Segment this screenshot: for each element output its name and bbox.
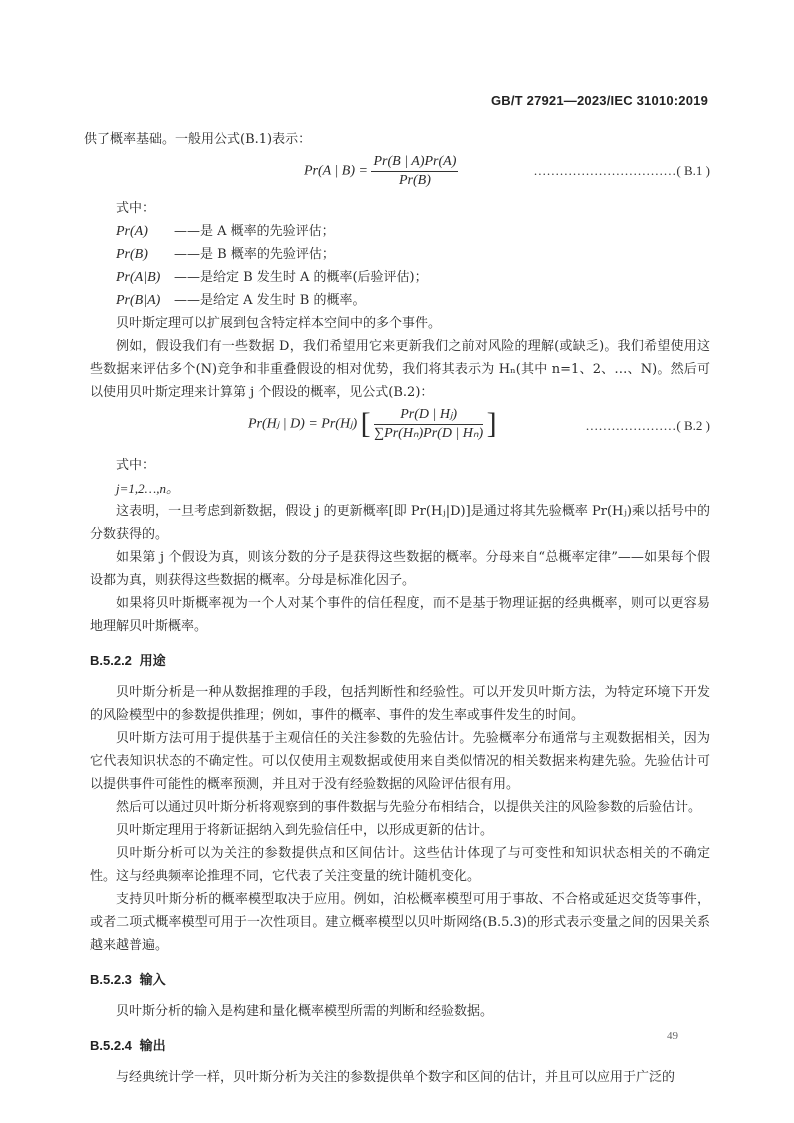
definition-desc: ——是给定 B 发生时 A 的概率(后验评估)； bbox=[174, 266, 428, 289]
definition-desc: ——是 A 概率的先验评估； bbox=[174, 220, 335, 243]
definition-desc: ——是 B 概率的先验评估； bbox=[174, 243, 335, 266]
section-number: B.5.2.3 bbox=[90, 972, 136, 987]
definition-term: Pr(B) bbox=[116, 243, 174, 266]
formula-b1-lhs: Pr(A | B) = bbox=[304, 164, 368, 179]
section-title: 输出 bbox=[140, 1038, 166, 1053]
paragraph: 贝叶斯分析是一种从数据推理的手段，包括判断性和经验性。可以开发贝叶斯方法，为特定… bbox=[90, 681, 710, 727]
definition-row: Pr(A|B) ——是给定 B 发生时 A 的概率(后验评估)； bbox=[90, 266, 710, 289]
formula-b2-fraction: Pr(D | Hⱼ) ∑Pr(Hₙ)Pr(D | Hₙ) bbox=[374, 406, 483, 443]
section-title: 输入 bbox=[140, 972, 166, 987]
definition-row: Pr(B|A) ——是给定 A 发生时 B 的概率。 bbox=[90, 289, 710, 312]
definition-term: Pr(A) bbox=[116, 220, 174, 243]
formula-b2-denominator: ∑Pr(Hₙ)Pr(D | Hₙ) bbox=[374, 425, 483, 443]
right-bracket: ] bbox=[487, 407, 497, 440]
definition-term: Pr(A|B) bbox=[116, 266, 174, 289]
page-number: 49 bbox=[667, 1030, 678, 1042]
section-heading-b523: B.5.2.3 输入 bbox=[90, 969, 710, 988]
paragraph: 贝叶斯分析可以为关注的参数提供点和区间估计。这些估计体现了与可变性和知识状态相关… bbox=[90, 842, 710, 888]
definition-row: Pr(B) ——是 B 概率的先验评估； bbox=[90, 243, 710, 266]
paragraph: 贝叶斯定理可以扩展到包含特定样本空间中的多个事件。 bbox=[90, 312, 710, 335]
paragraph: 支持贝叶斯分析的概率模型取决于应用。例如，泊松概率模型可用于事故、不合格或延迟交… bbox=[90, 888, 710, 957]
left-bracket: [ bbox=[361, 407, 371, 440]
definition-term: Pr(B|A) bbox=[116, 289, 174, 312]
section-heading-b522: B.5.2.2 用途 bbox=[90, 650, 710, 669]
formula-b1: Pr(A | B) = Pr(B | A)Pr(A) Pr(B) …………………… bbox=[90, 151, 710, 197]
formula-b1-denominator: Pr(B) bbox=[371, 172, 458, 190]
formula-b2-numerator: Pr(D | Hⱼ) bbox=[374, 406, 483, 425]
page-body: 供了概率基础。一般用公式(B.1)表示： Pr(A | B) = Pr(B | … bbox=[90, 128, 710, 1089]
paragraph: 与经典统计学一样，贝叶斯分析为关注的参数提供单个数字和区间的估计，并且可以应用于… bbox=[90, 1066, 710, 1089]
formula-b1-label: ……………………………( B.1 ) bbox=[533, 163, 710, 179]
where-label-2: 式中： bbox=[90, 454, 710, 477]
paragraph: 如果第 j 个假设为真，则该分数的分子是获得这些数据的概率。分母来自“总概率定律… bbox=[90, 546, 710, 592]
formula-b2: Pr(Hⱼ | D) = Pr(Hⱼ) [ Pr(D | Hⱼ) ∑Pr(Hₙ)… bbox=[90, 404, 710, 454]
formula-b1-numerator: Pr(B | A)Pr(A) bbox=[371, 153, 458, 172]
paragraph: 然后可以通过贝叶斯分析将观察到的事件数据与先验分布相结合，以提供关注的风险参数的… bbox=[90, 796, 710, 819]
paragraph: 这表明，一旦考虑到新数据，假设 j 的更新概率[即 Pr(Hⱼ|D)]是通过将其… bbox=[90, 500, 710, 546]
where-label-1: 式中： bbox=[90, 197, 710, 220]
formula-b2-label: …………………( B.2 ) bbox=[585, 418, 710, 434]
section-number: B.5.2.2 bbox=[90, 653, 136, 668]
section-heading-b524: B.5.2.4 输出 bbox=[90, 1035, 710, 1054]
paragraph: 贝叶斯分析的输入是构建和量化概率模型所需的判断和经验数据。 bbox=[90, 1000, 710, 1023]
paragraph: 如果将贝叶斯概率视为一个人对某个事件的信任程度，而不是基于物理证据的经典概率，则… bbox=[90, 592, 710, 638]
formula-b1-fraction: Pr(B | A)Pr(A) Pr(B) bbox=[371, 153, 458, 190]
section-number: B.5.2.4 bbox=[90, 1038, 136, 1053]
standard-header: GB/T 27921—2023/IEC 31010:2019 bbox=[491, 93, 708, 108]
intro-line: 供了概率基础。一般用公式(B.1)表示： bbox=[84, 128, 710, 151]
paragraph: 贝叶斯定理用于将新证据纳入到先验信任中，以形成更新的估计。 bbox=[90, 819, 710, 842]
paragraph: 例如，假设我们有一些数据 D，我们希望用它来更新我们之前对风险的理解(或缺乏)。… bbox=[90, 335, 710, 404]
j-range: j=1,2…,n。 bbox=[90, 477, 710, 500]
definition-row: Pr(A) ——是 A 概率的先验评估； bbox=[90, 220, 710, 243]
definition-desc: ——是给定 A 发生时 B 的概率。 bbox=[174, 289, 365, 312]
section-title: 用途 bbox=[140, 653, 166, 668]
paragraph: 贝叶斯方法可用于提供基于主观信任的关注参数的先验估计。先验概率分布通常与主观数据… bbox=[90, 727, 710, 796]
formula-b2-lhs: Pr(Hⱼ | D) = Pr(Hⱼ) bbox=[248, 417, 357, 432]
